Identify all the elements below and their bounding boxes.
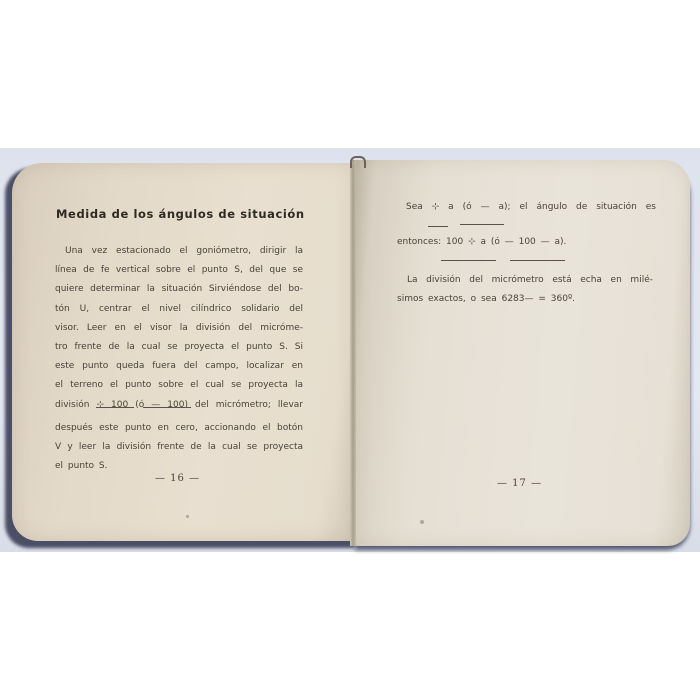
text-line: Una vez estacionado el goniómetro, dirig…: [55, 242, 303, 261]
separator-rule: [441, 260, 496, 261]
page-number-left: — 16 —: [155, 473, 200, 484]
text-line: línea de fe vertical sobre el punto S, d…: [55, 261, 303, 280]
text-line: tón U, centrar el nivel cilíndrico solid…: [55, 300, 303, 319]
text-line: Sea ⊹ a (ó — a); el ángulo de situación …: [406, 198, 656, 217]
left-paragraph-1: Una vez estacionado el goniómetro, dirig…: [55, 242, 303, 415]
paper-speck: [420, 520, 424, 524]
right-paragraph-2: La división del micrómetro está echa en …: [397, 271, 653, 309]
text-line: tro frente de la cual se proyecta el pun…: [55, 338, 303, 357]
separator-rule: [96, 407, 134, 408]
staple-icon: [350, 156, 366, 168]
text-line: quiere determinar la situación Sirviéndo…: [55, 280, 303, 299]
text-line: V y leer la división frente de la cual s…: [55, 438, 303, 457]
text-line: simos exactos, o sea 6283— = 360º.: [397, 290, 653, 309]
left-paragraph-2: después este punto en cero, accionando e…: [55, 419, 303, 477]
separator-rule: [143, 407, 191, 408]
text-line: visor. Leer en el visor la división del …: [55, 319, 303, 338]
right-paragraph-1: Sea ⊹ a (ó — a); el ángulo de situación …: [406, 198, 668, 217]
text-line: división ⊹ 100 (ó — 100) del micrómetro;…: [55, 396, 303, 415]
right-paragraph-1-cont: entonces: 100 ⊹ a (ó — 100 — a).: [397, 233, 657, 252]
text-line: La división del micrómetro está echa en …: [397, 271, 653, 290]
separator-rule: [460, 224, 504, 225]
text-line: después este punto en cero, accionando e…: [55, 419, 303, 438]
text-line: entonces: 100 ⊹ a (ó — 100 — a).: [397, 233, 657, 252]
booklet-spine: [350, 160, 356, 546]
separator-rule: [510, 260, 565, 261]
section-heading: Medida de los ángulos de situación: [56, 207, 296, 221]
separator-rule: [428, 226, 448, 227]
text-line: este punto queda fuera del campo, locali…: [55, 357, 303, 376]
text-line: el terreno el punto sobre el cual se pro…: [55, 376, 303, 395]
photo-scene: Medida de los ángulos de situación Una v…: [0, 0, 700, 700]
paper-speck: [186, 515, 189, 518]
page-number-right: — 17 —: [497, 478, 542, 489]
